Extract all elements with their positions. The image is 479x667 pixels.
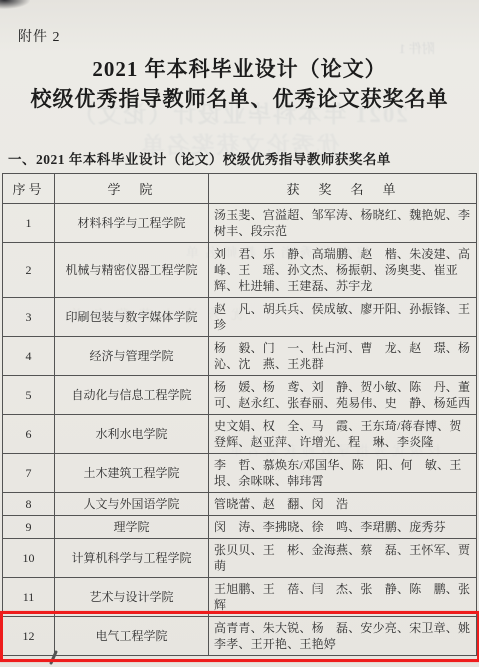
document-title-line1: 2021 年本科毕业设计（论文） — [0, 54, 479, 84]
table-row: 3 印刷包装与数字媒体学院 赵 凡、胡兵兵、侯成敏、廖开阳、孙振锋、王 珍 — [3, 298, 477, 337]
awardee-names: 杨 毅、门 一、杜占河、曹 龙、赵 璟、杨 沁、沈 燕、王兆群 — [209, 337, 477, 376]
college-name: 机械与精密仪器工程学院 — [55, 243, 209, 298]
table-row: 9 理学院 闵 涛、李拂晓、徐 鸣、李珺鹏、庞秀芬 — [3, 516, 477, 539]
college-name: 自动化与信息工程学院 — [55, 376, 209, 415]
awardee-names: 刘 君、乐 静、高瑞鹏、赵 楷、朱凌建、高 峰、王 瑶、孙文杰、杨振朝、汤奥斐、… — [209, 243, 477, 298]
scanned-document-page: 附件 1 2021 年本科毕业设计（论文） 优秀论文获奖名单 校级优秀指导教师名… — [0, 0, 479, 667]
column-header-names: 获 奖 名 单 — [209, 174, 477, 204]
awardee-names: 史文娟、权 全、马 霞、王东琦/蒋春博、贺登辉、赵亚萍、许增光、程 琳、李炎隆 — [209, 415, 477, 454]
award-table: 序号 学 院 获 奖 名 单 1 材料科学与工程学院 汤玉斐、宫溢超、邹军涛、杨… — [2, 173, 477, 656]
awardee-names: 高青青、朱大锐、杨 磊、安少亮、宋卫章、姚李孝、王开艳、王艳婷 — [209, 617, 477, 656]
college-name: 土木建筑工程学院 — [55, 454, 209, 493]
table-row: 2 机械与精密仪器工程学院 刘 君、乐 静、高瑞鹏、赵 楷、朱凌建、高 峰、王 … — [3, 243, 477, 298]
award-table-body: 1 材料科学与工程学院 汤玉斐、宫溢超、邹军涛、杨晓红、魏艳妮、李树丰、段宗范 … — [3, 204, 477, 656]
document-title-line2: 校级优秀指导教师名单、优秀论文获奖名单 — [0, 84, 479, 114]
row-number: 5 — [3, 376, 55, 415]
row-number: 10 — [3, 539, 55, 578]
row-number: 4 — [3, 337, 55, 376]
table-row: 11 艺术与设计学院 王旭鹏、王 蓓、闫 杰、张 静、陈 鹏、张 辉 — [3, 578, 477, 617]
college-name: 电气工程学院 — [55, 617, 209, 656]
table-row: 8 人文与外国语学院 管晓蕾、赵 翻、闵 浩 — [3, 493, 477, 516]
awardee-names: 王旭鹏、王 蓓、闫 杰、张 静、陈 鹏、张 辉 — [209, 578, 477, 617]
row-number: 1 — [3, 204, 55, 243]
row-number: 2 — [3, 243, 55, 298]
awardee-names: 张贝贝、王 彬、金海燕、蔡 磊、王怀军、贾 萌 — [209, 539, 477, 578]
row-number: 12 — [3, 617, 55, 656]
college-name: 理学院 — [55, 516, 209, 539]
row-number: 11 — [3, 578, 55, 617]
row-number: 6 — [3, 415, 55, 454]
awardee-names: 闵 涛、李拂晓、徐 鸣、李珺鹏、庞秀芬 — [209, 516, 477, 539]
section-heading: 一、2021 年本科毕业设计（论文）校级优秀指导教师获奖名单 — [8, 148, 479, 168]
table-row: 6 水利水电学院 史文娟、权 全、马 霞、王东琦/蒋春博、贺登辉、赵亚萍、许增光… — [3, 415, 477, 454]
row-number: 9 — [3, 516, 55, 539]
table-row: 1 材料科学与工程学院 汤玉斐、宫溢超、邹军涛、杨晓红、魏艳妮、李树丰、段宗范 — [3, 204, 477, 243]
college-name: 人文与外国语学院 — [55, 493, 209, 516]
college-name: 印刷包装与数字媒体学院 — [55, 298, 209, 337]
awardee-names: 李 哲、慕焕东/邓国华、陈 阳、何 敏、王 垠、余咪咪、韩玮霄 — [209, 454, 477, 493]
column-header-college: 学 院 — [55, 174, 209, 204]
row-number: 3 — [3, 298, 55, 337]
column-header-number: 序号 — [3, 174, 55, 204]
awardee-names: 杨 媛、杨 鸢、刘 静、贺小敏、陈 丹、董 可、赵永红、张春丽、苑易伟、史 静、… — [209, 376, 477, 415]
table-row: 12 电气工程学院 高青青、朱大锐、杨 磊、安少亮、宋卫章、姚李孝、王开艳、王艳… — [3, 617, 477, 656]
header-row: 序号 学 院 获 奖 名 单 — [3, 174, 477, 204]
college-name: 经济与管理学院 — [55, 337, 209, 376]
awardee-names: 管晓蕾、赵 翻、闵 浩 — [209, 493, 477, 516]
award-table-header: 序号 学 院 获 奖 名 单 — [3, 174, 477, 204]
table-row: 10 计算机科学与工程学院 张贝贝、王 彬、金海燕、蔡 磊、王怀军、贾 萌 — [3, 539, 477, 578]
row-number: 8 — [3, 493, 55, 516]
college-name: 材料科学与工程学院 — [55, 204, 209, 243]
awardee-names: 赵 凡、胡兵兵、侯成敏、廖开阳、孙振锋、王 珍 — [209, 298, 477, 337]
table-row: 4 经济与管理学院 杨 毅、门 一、杜占河、曹 龙、赵 璟、杨 沁、沈 燕、王兆… — [3, 337, 477, 376]
table-row: 5 自动化与信息工程学院 杨 媛、杨 鸢、刘 静、贺小敏、陈 丹、董 可、赵永红… — [3, 376, 477, 415]
awardee-names: 汤玉斐、宫溢超、邹军涛、杨晓红、魏艳妮、李树丰、段宗范 — [209, 204, 477, 243]
row-number: 7 — [3, 454, 55, 493]
scan-edge-artifact — [0, 0, 30, 9]
document-title: 2021 年本科毕业设计（论文） 校级优秀指导教师名单、优秀论文获奖名单 — [0, 54, 479, 114]
table-row: 7 土木建筑工程学院 李 哲、慕焕东/邓国华、陈 阳、何 敏、王 垠、余咪咪、韩… — [3, 454, 477, 493]
college-name: 艺术与设计学院 — [55, 578, 209, 617]
college-name: 水利水电学院 — [55, 415, 209, 454]
attachment-label: 附件 2 — [18, 26, 479, 46]
college-name: 计算机科学与工程学院 — [55, 539, 209, 578]
